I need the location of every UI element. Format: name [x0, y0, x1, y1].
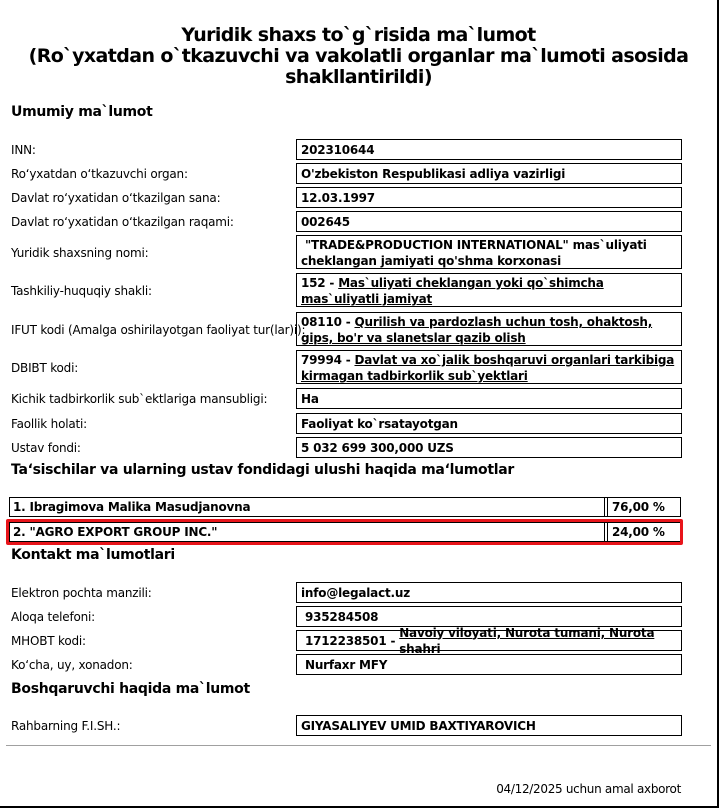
contacts-heading: Kontakt ma`lumotlari	[11, 547, 175, 563]
label-mhobt-code: MHOBT kodi:	[11, 630, 86, 652]
value-street-address: Nurfaxr MFY	[296, 654, 682, 675]
value-legal-form: 152 - Mas`uliyati cheklangan yoki qo`shi…	[296, 273, 682, 307]
label-phone: Aloqa telefoni:	[11, 606, 95, 628]
label-legal-form: Tashkiliy-huquqiy shakli:	[11, 273, 152, 308]
page-border-right	[717, 0, 719, 808]
value-manager-name: GIYASALIYEV UMID BAXTIYAROVICH	[296, 715, 682, 736]
manager-heading: Boshqaruvchi haqida ma`lumot	[11, 681, 250, 697]
value-email: info@legalact.uz	[296, 582, 682, 603]
general-heading: Umumiy ma`lumot	[11, 104, 153, 120]
founder-share: 76,00 %	[607, 498, 680, 516]
ifut-code: 08110 -	[301, 315, 354, 329]
label-ifut-code: IFUT kodi (Amalga oshirilayotgan faoliya…	[11, 312, 305, 347]
mhobt-code: 1712238501 -	[301, 633, 399, 649]
label-activity-status: Faollik holati:	[11, 413, 87, 435]
label-registering-organ: Ro‘yxatdan o‘tkazuvchi organ:	[11, 163, 188, 185]
document-title: Yuridik shaxs to`g`risida ma`lumot (Ro`y…	[0, 25, 717, 88]
value-entity-name: "TRADE&PRODUCTION INTERNATIONAL" mas`uli…	[296, 235, 682, 269]
label-inn: INN:	[11, 139, 36, 161]
title-line-2: (Ro`yxatdan o`tkazuvchi va vakolatli org…	[0, 46, 717, 67]
label-dbibt-code: DBIBT kodi:	[11, 350, 78, 385]
value-registration-date: 12.03.1997	[296, 187, 682, 208]
label-manager-name: Rahbarning F.I.SH.:	[11, 715, 120, 737]
footer-validity-date: 04/12/2025 uchun amal axborot	[496, 782, 681, 796]
value-dbibt-code: 79994 - Davlat va xo`jalik boshqaruvi or…	[296, 350, 682, 384]
title-line-1: Yuridik shaxs to`g`risida ma`lumot	[0, 25, 717, 46]
value-ifut-code: 08110 - Qurilish va pardozlash uchun tos…	[296, 312, 682, 346]
mhobt-link[interactable]: Navoiy viloyati, Nurota tumani, Nurota s…	[399, 625, 677, 657]
legal-form-link[interactable]: Mas`uliyati cheklangan yoki qo`shimcha m…	[301, 276, 604, 306]
label-email: Elektron pochta manzili:	[11, 582, 152, 604]
divider	[6, 745, 711, 746]
value-mhobt-code: 1712238501 - Navoiy viloyati, Nurota tum…	[296, 630, 682, 651]
label-registration-number: Davlat ro‘yxatidan o‘tkazilgan raqami:	[11, 211, 234, 233]
founders-heading: Ta‘sischilar va ularning ustav fondidagi…	[11, 462, 514, 478]
dbibt-code: 79994 -	[301, 353, 354, 367]
label-entity-name: Yuridik shaxsning nomi:	[11, 235, 149, 270]
founder-row: 1. Ibragimova Malika Masudjanovna 76,00 …	[9, 497, 681, 517]
dbibt-link[interactable]: Davlat va xo`jalik boshqaruvi organlari …	[301, 353, 674, 383]
value-inn: 202310644	[296, 139, 682, 160]
value-activity-status: Faoliyat ko`rsatayotgan	[296, 413, 682, 434]
label-small-business: Kichik tadbirkorlik sub`ektlariga mansub…	[11, 388, 267, 410]
value-charter-capital: 5 032 699 300,000 UZS	[296, 437, 682, 458]
label-charter-capital: Ustav fondi:	[11, 437, 81, 459]
value-registration-number: 002645	[296, 211, 682, 232]
legal-form-code: 152 -	[301, 276, 338, 290]
highlight-box	[6, 519, 683, 545]
page-border-bottom	[0, 806, 719, 808]
label-street-address: Ko‘cha, uy, xonadon:	[11, 654, 133, 676]
label-registration-date: Davlat ro‘yxatidan o‘tkazilgan sana:	[11, 187, 220, 209]
title-line-3: shakllantirildi)	[0, 67, 717, 88]
value-small-business: Ha	[296, 388, 682, 409]
value-registering-organ: O'zbekiston Respublikasi adliya vazirlig…	[296, 163, 682, 184]
ifut-link[interactable]: Qurilish va pardozlash uchun tosh, ohakt…	[301, 315, 652, 345]
founder-name: 1. Ibragimova Malika Masudjanovna	[10, 498, 605, 516]
